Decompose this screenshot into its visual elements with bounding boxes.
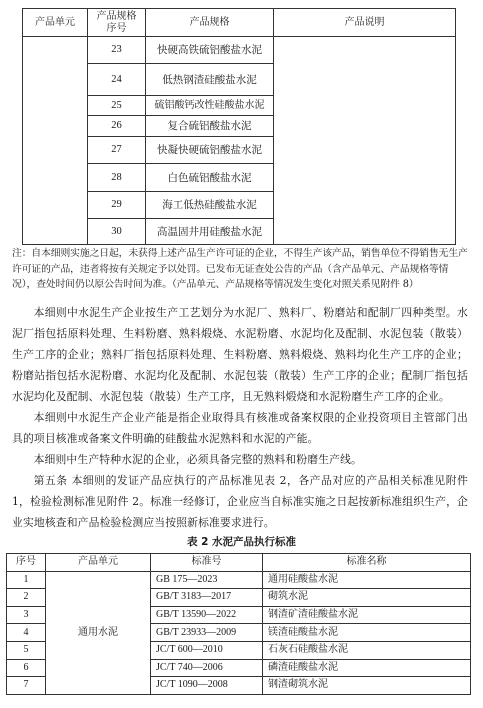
spec-seq: 29 <box>88 192 146 219</box>
row-no: 5 <box>7 641 46 659</box>
spec-name: 快凝快硬硫铝酸盐水泥 <box>146 137 274 164</box>
spec-seq: 26 <box>88 116 146 137</box>
header-product-unit: 产品单元 <box>46 554 151 572</box>
header-product-desc: 产品说明 <box>274 9 456 37</box>
spec-name: 低热钢渣硅酸盐水泥 <box>146 64 274 96</box>
spec-name: 海工低热硅酸盐水泥 <box>146 192 274 219</box>
header-spec-seq: 产品规格序号 <box>88 9 146 37</box>
paragraph-special-cement: 本细则中生产特种水泥的企业，必须具备完整的熟料和粉磨生产线。 <box>12 449 468 470</box>
std-no: GB 175—2023 <box>151 571 263 589</box>
row-no: 7 <box>7 677 46 695</box>
header-std-no: 标准号 <box>151 554 263 572</box>
table2-caption: 表 2 水泥产品执行标准 <box>0 535 483 549</box>
header-product-spec: 产品规格 <box>146 9 274 37</box>
header-product-unit: 产品单元 <box>23 9 88 37</box>
spec-seq: 25 <box>88 96 146 116</box>
paragraph-capacity: 本细则中水泥生产企业产能是指企业取得具有核准或备案权限的企业投资项目主管部门出具… <box>12 407 468 449</box>
standards-table: 序号 产品单元 标准号 标准名称 1 通用水泥 GB 175—2023 通用硅酸… <box>6 553 471 695</box>
table-header-row: 序号 产品单元 标准号 标准名称 <box>7 554 471 572</box>
row-no: 1 <box>7 571 46 589</box>
std-no: JC/T 740—2006 <box>151 659 263 677</box>
table-note: 注：自本细则实施之日起，未获得上述产品生产许可证的企业，不得生产该产品，销售单位… <box>12 246 468 293</box>
std-name: 钢渣砌筑水泥 <box>263 677 471 695</box>
std-name: 钢渣矿渣硅酸盐水泥 <box>263 606 471 624</box>
spec-seq: 27 <box>88 137 146 164</box>
spec-name: 白色硫铝酸盐水泥 <box>146 164 274 192</box>
paragraph-production-types: 本细则中水泥生产企业按生产工艺划分为水泥厂、熟料厂、粉磨站和配制厂四种类型。水泥… <box>12 302 468 407</box>
std-no: JC/T 1090—2008 <box>151 677 263 695</box>
header-spec-seq-line2: 序号 <box>107 23 127 34</box>
header-spec-seq-line1: 产品规格 <box>97 11 137 22</box>
std-name: 砌筑水泥 <box>263 589 471 607</box>
std-name: 磷渣硅酸盐水泥 <box>263 659 471 677</box>
std-no: GB/T 13590—2022 <box>151 606 263 624</box>
table-header-row: 产品单元 产品规格序号 产品规格 产品说明 <box>23 9 456 37</box>
table-row: 23 快硬高铁硫铝酸盐水泥 <box>23 37 456 64</box>
std-name: 石灰石硅酸盐水泥 <box>263 641 471 659</box>
row-no: 2 <box>7 589 46 607</box>
paragraph-article-five: 第五条 本细则的发证产品应执行的产品标准见表 2，各产品对应的产品相关标准见附件… <box>12 470 468 533</box>
std-no: JC/T 600—2010 <box>151 641 263 659</box>
spec-seq: 23 <box>88 37 146 64</box>
table-row: 1 通用水泥 GB 175—2023 通用硅酸盐水泥 <box>7 571 471 589</box>
spec-name: 快硬高铁硫铝酸盐水泥 <box>146 37 274 64</box>
header-no: 序号 <box>7 554 46 572</box>
row-no: 4 <box>7 624 46 642</box>
spec-name: 复合硫铝酸盐水泥 <box>146 116 274 137</box>
spec-name: 硫铝酸钙改性硅酸盐水泥 <box>146 96 274 116</box>
row-no: 3 <box>7 606 46 624</box>
spec-seq: 28 <box>88 164 146 192</box>
spec-name: 高温固井用硅酸盐水泥 <box>146 219 274 245</box>
std-name: 通用硅酸盐水泥 <box>263 571 471 589</box>
product-spec-table: 产品单元 产品规格序号 产品规格 产品说明 23 快硬高铁硫铝酸盐水泥 24 低… <box>22 8 456 245</box>
std-no: GB/T 23933—2009 <box>151 624 263 642</box>
spec-seq: 24 <box>88 64 146 96</box>
product-desc-cell <box>274 37 456 245</box>
header-std-name: 标准名称 <box>263 554 471 572</box>
spec-seq: 30 <box>88 219 146 245</box>
product-unit-cell <box>23 37 88 245</box>
product-unit-cell: 通用水泥 <box>46 571 151 694</box>
std-name: 镁渣硅酸盐水泥 <box>263 624 471 642</box>
row-no: 6 <box>7 659 46 677</box>
std-no: GB/T 3183—2017 <box>151 589 263 607</box>
